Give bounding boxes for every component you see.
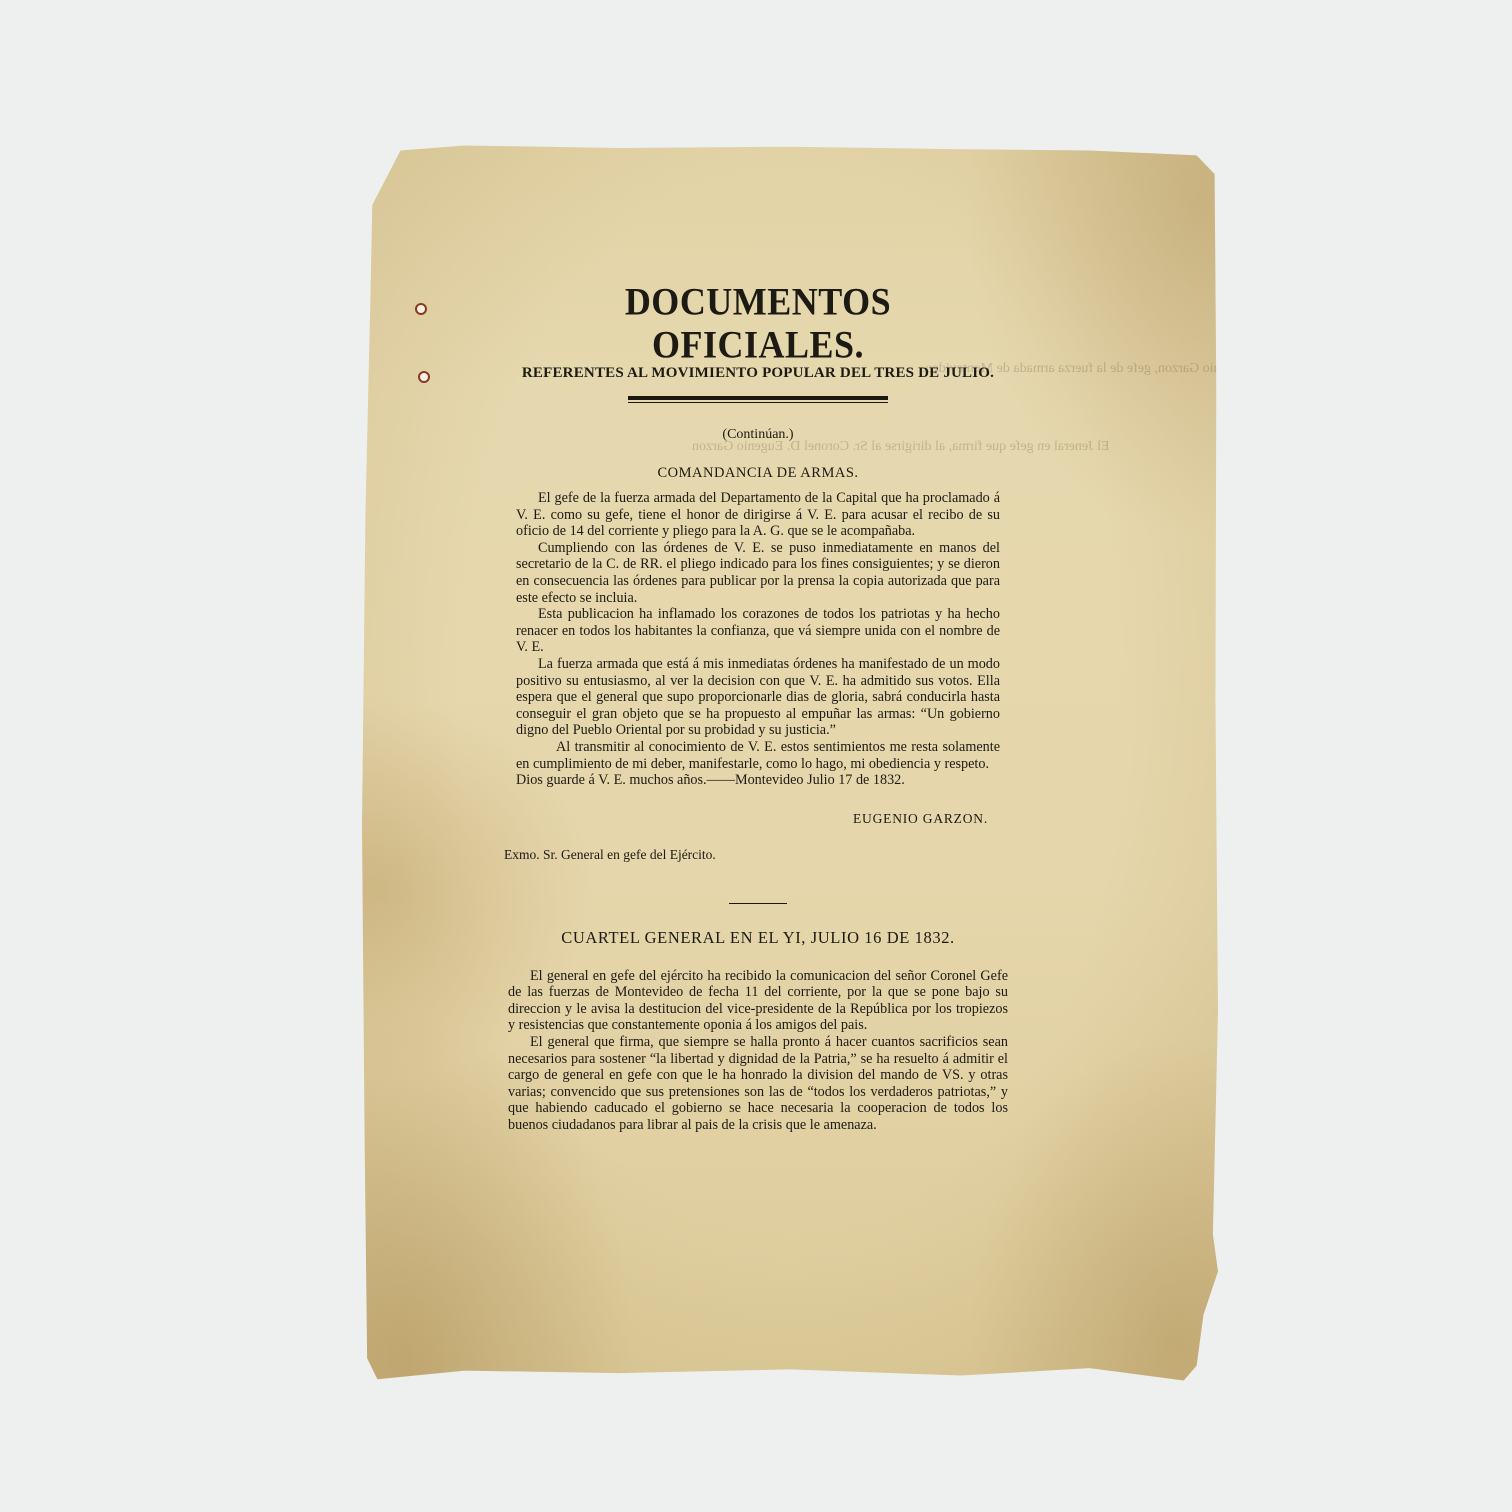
- closing-line: Dios guarde á V. E. muchos años.——Montev…: [516, 772, 1000, 789]
- paragraph: El general que firma, que siempre se hal…: [508, 1034, 1008, 1134]
- paragraph: Esta publicacion ha inflamado los corazo…: [516, 606, 1000, 656]
- document-title: DOCUMENTOS OFICIALES.: [516, 280, 1000, 366]
- paragraph: Al transmitir al conocimiento de V. E. e…: [516, 739, 1000, 772]
- section-body-comandancia: El gefe de la fuerza armada del Departam…: [516, 490, 1000, 789]
- double-rule-divider: [628, 396, 888, 403]
- paragraph: El general en gefe del ejército ha recib…: [508, 968, 1008, 1034]
- section-body-cuartel: El general en gefe del ejército ha recib…: [508, 968, 1008, 1134]
- section-heading-comandancia: COMANDANCIA DE ARMAS.: [516, 465, 1000, 482]
- document-sheet: Señor Coronel D. Eugenio Garzon, gefe de…: [362, 143, 1218, 1383]
- punch-hole: [415, 303, 427, 315]
- signature: EUGENIO GARZON.: [516, 811, 1000, 827]
- document-subtitle: REFERENTES AL MOVIMIENTO POPULAR DEL TRE…: [516, 365, 1000, 382]
- addressee: Exmo. Sr. General en gefe del Ejército.: [504, 847, 1000, 863]
- section-heading-cuartel: CUARTEL GENERAL EN EL YI, JULIO 16 DE 18…: [508, 928, 1008, 948]
- document-body: DOCUMENTOS OFICIALES. REFERENTES AL MOVI…: [516, 283, 1000, 1134]
- paragraph: La fuerza armada que está á mis inmediat…: [516, 656, 1000, 739]
- paragraph: El gefe de la fuerza armada del Departam…: [516, 490, 1000, 540]
- short-rule-divider: [729, 903, 787, 904]
- punch-hole: [418, 371, 430, 383]
- continuation-note: (Continúan.): [516, 427, 1000, 443]
- paragraph: Cumpliendo con las órdenes de V. E. se p…: [516, 540, 1000, 606]
